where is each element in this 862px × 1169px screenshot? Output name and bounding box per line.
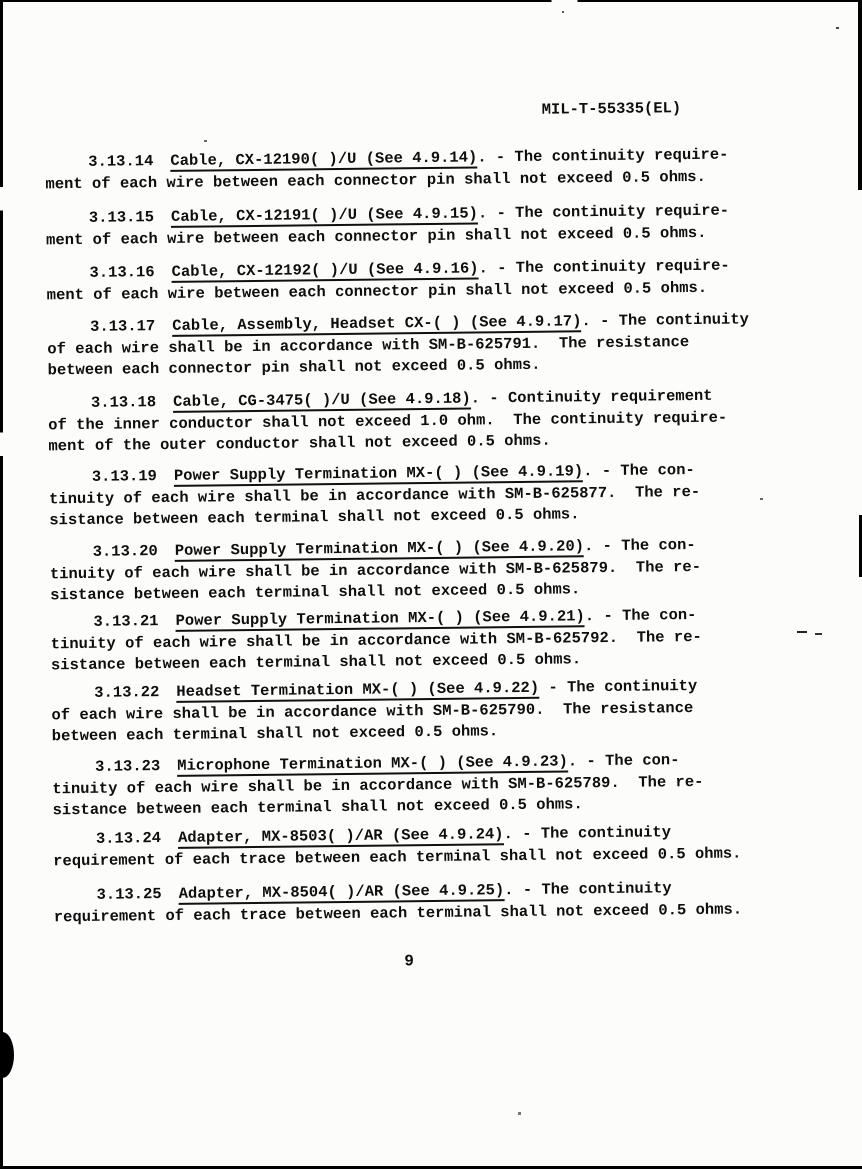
spec-paragraph: 3.13.16Cable, CX-12192( )/U (See 4.9.16)… (46, 255, 806, 307)
paragraph-first-line-text: - The continuity (539, 677, 697, 697)
spec-paragraph: 3.13.14Cable, CX-12190( )/U (See 4.9.14)… (45, 144, 805, 196)
paragraph-first-line-text: . - The continuity (504, 879, 672, 899)
paragraph-first-line-text: . - The con- (584, 536, 696, 555)
paragraph-title-underlined: Cable, CX-12192( )/U (See 4.9.16) (172, 259, 479, 282)
scan-speck (797, 631, 807, 633)
scanned-document-page: MIL-T-55335(EL) 3.13.14Cable, CX-12190( … (0, 0, 862, 1169)
paragraph-number: 3.13.23 (95, 757, 160, 776)
page-number: 9 (404, 952, 414, 970)
scan-speck (518, 1112, 521, 1115)
paragraph-first-line-text: . - The con- (585, 606, 697, 625)
scan-artifact-right-edge-top (858, 0, 862, 190)
document-content: MIL-T-55335(EL) 3.13.14Cable, CX-12190( … (0, 0, 862, 1169)
paragraph-title-underlined: Cable, CX-12191( )/U (See 4.9.15) (171, 204, 478, 227)
spec-paragraph: 3.13.24Adapter, MX-8503( )/AR (See 4.9.2… (53, 821, 813, 873)
scan-speck (815, 633, 822, 635)
paragraph-number: 3.13.25 (96, 885, 161, 904)
paragraph-number: 3.13.22 (94, 683, 159, 702)
spec-paragraph: 3.13.15Cable, CX-12191( )/U (See 4.9.15)… (46, 200, 806, 252)
spec-paragraph: 3.13.21Power Supply Termination MX-( ) (… (50, 604, 811, 677)
scan-speck (562, 11, 564, 13)
paragraph-number: 3.13.17 (90, 317, 155, 336)
spec-paragraph: 3.13.17Cable, Assembly, Headset CX-( ) (… (47, 309, 808, 382)
paragraph-title-underlined: Adapter, MX-8503( )/AR (See 4.9.24) (178, 825, 504, 849)
paragraph-first-line-text: . - The continuity require- (477, 146, 728, 167)
paragraph-number: 3.13.20 (93, 542, 158, 561)
paragraph-first-line-text: . - The con- (568, 751, 680, 770)
paragraph-title-underlined: Headset Termination MX-( ) (See 4.9.22) (176, 679, 539, 703)
paragraph-first-line-text: . - The continuity (503, 823, 671, 843)
spec-paragraph: 3.13.18Cable, CG-3475( )/U (See 4.9.18).… (48, 385, 809, 458)
spec-paragraph: 3.13.25Adapter, MX-8504( )/AR (See 4.9.2… (53, 877, 813, 929)
paragraph-title-underlined: Cable, CX-12190( )/U (See 4.9.14) (170, 148, 477, 171)
paragraph-number: 3.13.21 (93, 612, 158, 631)
paragraph-number: 3.13.18 (91, 393, 156, 412)
scan-speck (836, 27, 839, 29)
scan-speck (204, 140, 207, 142)
paragraph-number: 3.13.19 (92, 467, 157, 486)
spec-paragraph: 3.13.19Power Supply Termination MX-( ) (… (49, 459, 810, 532)
paragraph-first-line-text: . - The continuity require- (478, 257, 729, 278)
document-body: 3.13.14Cable, CX-12190( )/U (See 4.9.14)… (45, 142, 805, 151)
paragraph-first-line-text: . - The continuity (581, 310, 749, 330)
document-id-header: MIL-T-55335(EL) (542, 99, 682, 119)
paragraph-title-underlined: Cable, CG-3475( )/U (See 4.9.18) (173, 390, 471, 413)
paragraph-first-line-text: . - The con- (583, 461, 695, 480)
paragraph-number: 3.13.16 (89, 263, 154, 282)
paragraph-first-line-text: . - Continuity requirement (471, 387, 713, 408)
spec-paragraph: 3.13.23Microphone Termination MX-( ) (Se… (52, 749, 813, 822)
spec-paragraph: 3.13.20Power Supply Termination MX-( ) (… (50, 534, 811, 607)
paragraph-title-underlined: Adapter, MX-8504( )/AR (See 4.9.25) (179, 881, 505, 905)
scan-artifact-left-edge (0, 0, 3, 1169)
paragraph-first-line-text: . - The continuity require- (478, 202, 729, 223)
paragraph-number: 3.13.24 (96, 829, 161, 848)
spec-paragraph: 3.13.22Headset Termination MX-( ) (See 4… (51, 675, 812, 748)
paragraph-number: 3.13.15 (89, 208, 154, 227)
paragraph-number: 3.13.14 (88, 152, 153, 171)
scan-artifact-top-edge (0, 0, 862, 2)
scan-speck (760, 498, 763, 500)
